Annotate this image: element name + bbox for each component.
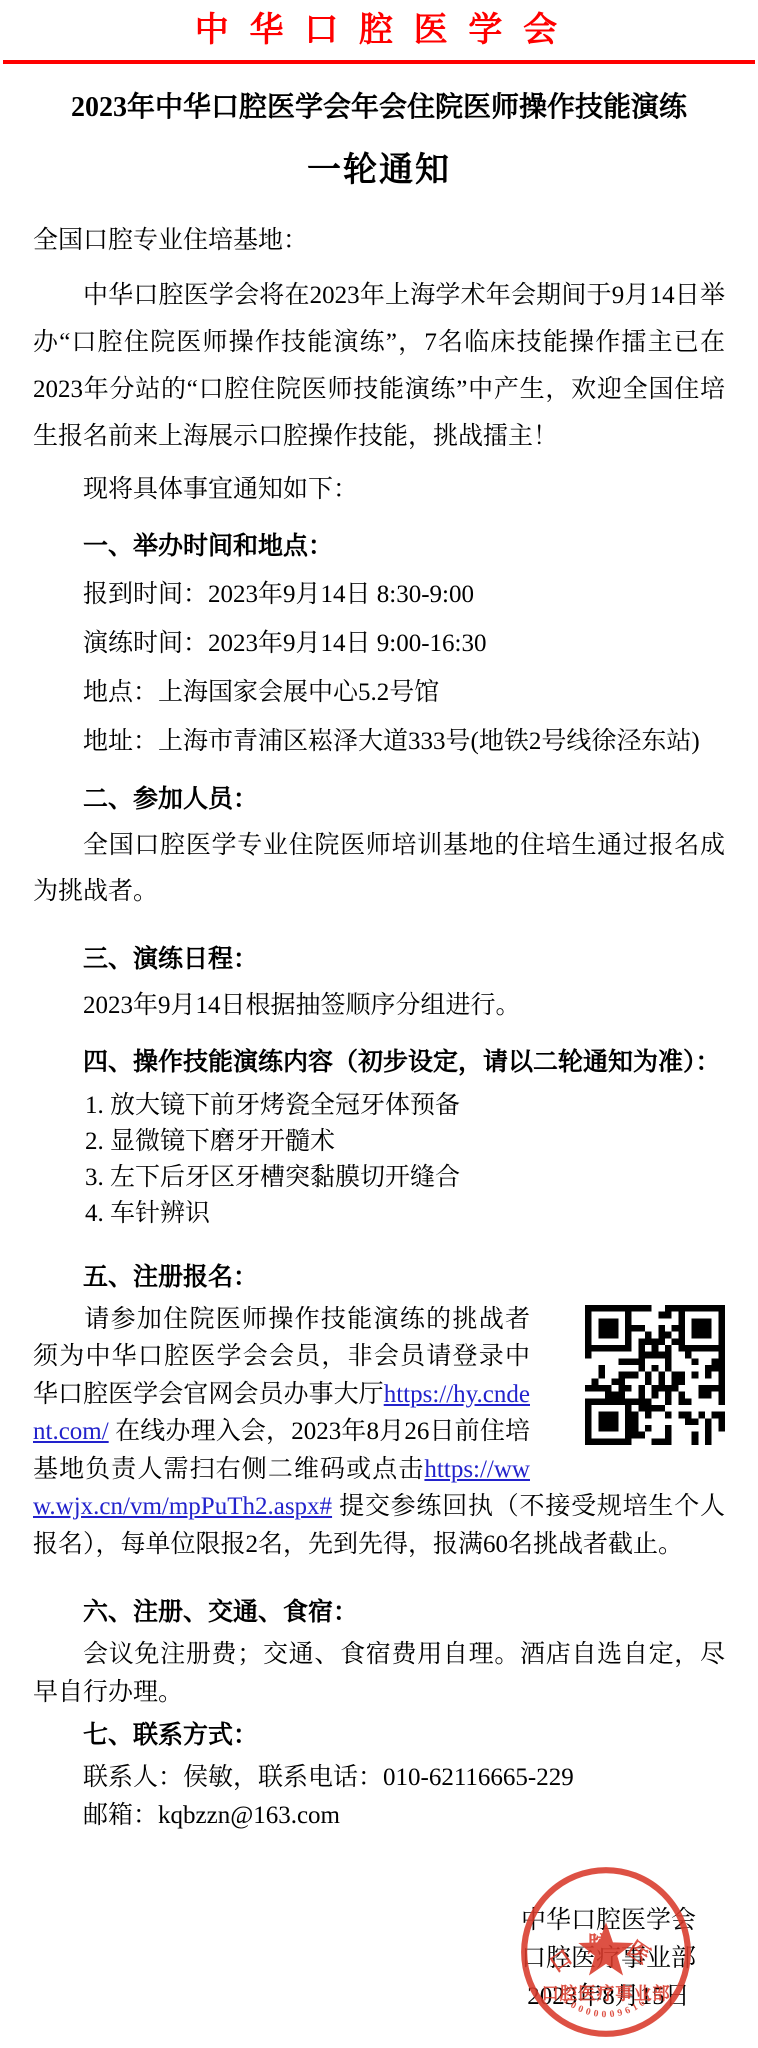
- seal-graphic: 中华口腔医学会 口腔医疗事业部 1100000096162: [518, 1864, 694, 2040]
- section-heading-schedule: 三、演练日程：: [33, 936, 725, 983]
- skill-item: 3. 左下后牙区牙槽突黏膜切开缝合: [33, 1160, 725, 1196]
- logistics-paragraph: 会议免注册费；交通、食宿费用自理。酒店自选自定，尽早自行办理。: [33, 1636, 725, 1712]
- document-subtitle: 一轮通知: [0, 151, 758, 190]
- document-body: 全国口腔专业住培基地： 中华口腔医学会将在2023年上海学术年会期间于9月14日…: [33, 226, 725, 1836]
- checkin-time-line: 报到时间：2023年9月14日 8:30-9:00: [33, 570, 725, 619]
- contact-person-line: 联系人：侯敏，联系电话：010-62116665-229: [33, 1759, 725, 1797]
- letterhead: 中 华 口 腔 医 学 会 2023年中华口腔医学会年会住院医师操作技能演练 一…: [0, 0, 758, 190]
- section-heading-registration: 五、注册报名：: [33, 1254, 725, 1301]
- skill-item: 4. 车针辨识: [33, 1196, 725, 1232]
- drill-time-line: 演练时间：2023年9月14日 9:00-16:30: [33, 619, 725, 668]
- intro-paragraph: 中华口腔医学会将在2023年上海学术年会期间于9月14日举办“口腔住院医师操作技…: [33, 272, 725, 460]
- registration-block: 请参加住院医师操作技能演练的挑战者须为中华口腔医学会会员，非会员请登录中华口腔医…: [33, 1301, 725, 1564]
- header-divider: [3, 60, 755, 64]
- skill-list: 1. 放大镜下前牙烤瓷全冠牙体预备 2. 显微镜下磨牙开髓术 3. 左下后牙区牙…: [33, 1088, 725, 1232]
- official-seal: 中华口腔医学会 口腔医疗事业部 1100000096162: [518, 1864, 694, 2040]
- notice-lead: 现将具体事宜通知如下：: [33, 466, 725, 513]
- section-heading-content: 四、操作技能演练内容（初步设定，请以二轮通知为准）：: [33, 1039, 725, 1086]
- schedule-line: 2023年9月14日根据抽签顺序分组进行。: [33, 983, 725, 1029]
- qr-code-icon: [585, 1305, 725, 1445]
- skill-item: 1. 放大镜下前牙烤瓷全冠牙体预备: [33, 1088, 725, 1124]
- registration-qr-code: [530, 1301, 725, 1461]
- notice-document: 中 华 口 腔 医 学 会 2023年中华口腔医学会年会住院医师操作技能演练 一…: [0, 0, 758, 2048]
- skill-item: 2. 显微镜下磨牙开髓术: [33, 1124, 725, 1160]
- contact-email-line: 邮箱：kqbzzn@163.com: [33, 1797, 725, 1835]
- address-line: 地址：上海市青浦区崧泽大道333号(地铁2号线徐泾东站): [33, 717, 725, 766]
- seal-star-icon: [578, 1922, 633, 1975]
- participants-paragraph: 全国口腔医学专业住院医师培训基地的住培生通过报名成为挑战者。: [33, 823, 725, 915]
- document-title: 2023年中华口腔医学会年会住院医师操作技能演练: [0, 92, 758, 124]
- salutation: 全国口腔专业住培基地：: [33, 226, 725, 256]
- org-header-title: 中 华 口 腔 医 学 会: [0, 12, 758, 49]
- venue-line: 地点：上海国家会展中心5.2号馆: [33, 668, 725, 717]
- section-heading-time-venue: 一、举办时间和地点：: [33, 523, 725, 570]
- section-heading-contact: 七、联系方式：: [33, 1712, 725, 1759]
- section-heading-participants: 二、参加人员：: [33, 776, 725, 823]
- section-heading-logistics: 六、注册、交通、食宿：: [33, 1589, 725, 1636]
